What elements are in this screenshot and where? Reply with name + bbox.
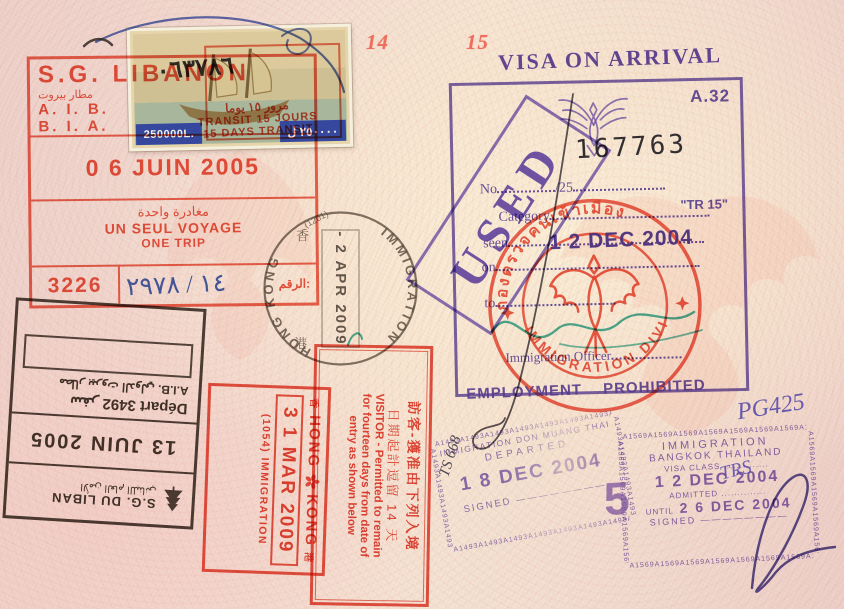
- depart-arabic: سفر: [69, 393, 98, 412]
- number-label-arabic: الرقم:: [279, 276, 310, 290]
- page-number-right: 15: [466, 30, 489, 55]
- hk-office: IMMIGRATION: [256, 457, 271, 545]
- hk-arrival-date: - 2 APR 2009: [332, 231, 349, 345]
- page-number-left: 14: [366, 30, 389, 55]
- lebanon-arrival-date: 0 6 JUIN 2005: [31, 135, 316, 200]
- lebanon-arrival-stamp: S.G. LIBANON مطار بيروت A. I. B. B. I. A…: [27, 53, 320, 308]
- garuda-emblem-icon: [550, 255, 640, 358]
- visa-on-arrival-title: VISA ON ARRIVAL: [498, 42, 723, 76]
- dark-pen-tick: [84, 39, 112, 46]
- hk-office-arc: IMMIGRATION: [378, 224, 420, 347]
- lebanon-arrival-agency: S.G. LIBANON: [38, 59, 306, 90]
- aib-label: A.I.B.: [157, 382, 188, 398]
- cedar-tree-icon: [161, 485, 185, 514]
- hk-departure-date: 3 1 MAR 2009: [270, 395, 304, 566]
- until-label: UNTIL: [645, 506, 674, 516]
- handwritten-cell: ١٤ / ٢٩٧٨ الرقم:: [120, 265, 316, 304]
- bangkok-arrival-stamp: A1569A1569A1569A1569A1569A1569A1569A1569…: [615, 423, 822, 571]
- lebanon-departure-empty-box: [23, 334, 194, 378]
- chinese-char-bottom: 港: [294, 336, 307, 351]
- svg-text:IMMIGRATION: IMMIGRATION: [378, 224, 420, 347]
- handwritten-arabic-number: ١٤ / ٢٩٧٨: [125, 267, 226, 302]
- handwritten-code: PG425: [735, 389, 806, 426]
- depart-number: Départ 3492: [102, 395, 188, 417]
- hongkong-visitor-conditions-stamp: 訪客-獲准由下列入境 日期起計逗留 14 天 VISITOR - Permitt…: [310, 344, 434, 607]
- lebanon-arrival-trip: مغادرة واحدة UN SEUL VOYAGE ONE TRIP: [31, 199, 316, 266]
- hk-office-code: (1054): [259, 414, 272, 454]
- passport-pages-photo: 14 15 S.G. LIBANON مطار بيروت A. I. B. B…: [0, 0, 844, 609]
- lebanon-arrival-header: S.G. LIBANON مطار بيروت A. I. B. B. I. A…: [30, 57, 315, 136]
- trip-english: ONE TRIP: [32, 235, 316, 252]
- lebanon-departure-header: S.G. DU LIBAN الأمن العام اللبناني: [6, 461, 194, 526]
- lebanon-arrival-number-row: 3226 ١٤ / ٢٩٧٨ الرقم:: [32, 263, 316, 305]
- visitor-inner-frame: 訪客-獲准由下列入境 日期起計逗留 14 天 VISITOR - Permitt…: [315, 349, 428, 602]
- flower-separator-icon: [675, 296, 689, 310]
- lebanon-departure-stamp: S.G. DU LIBAN الأمن العام اللبناني 13 JU…: [2, 297, 206, 529]
- visa-form-code: A.32: [690, 86, 730, 107]
- bangkok-body: IMMIGRATION BANGKOK THAILAND VISA CLASS …: [625, 432, 811, 561]
